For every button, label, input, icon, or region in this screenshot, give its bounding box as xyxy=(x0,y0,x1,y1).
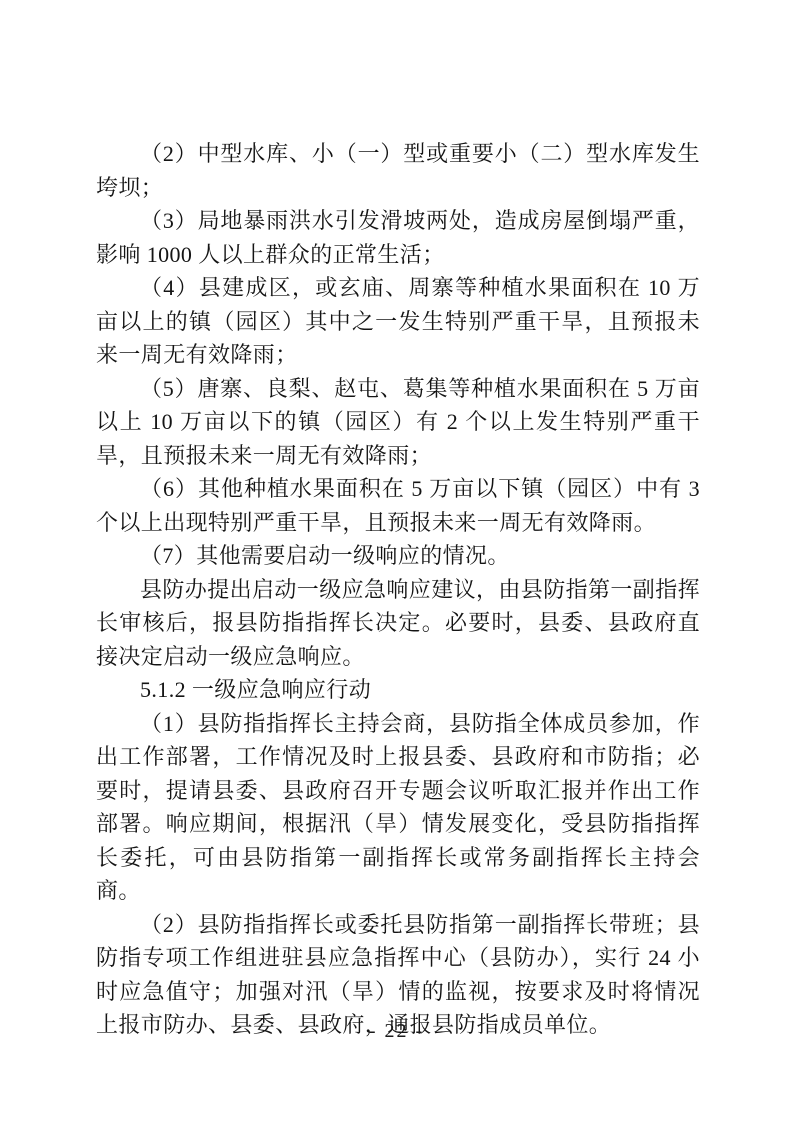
paragraph: （5）唐寨、良梨、赵屯、葛集等种植水果面积在 5 万亩以上 10 万亩以下的镇（… xyxy=(96,372,700,473)
page-footer: - 22 - xyxy=(0,1019,793,1043)
paragraph: 5.1.2 一级应急响应行动 xyxy=(96,673,700,707)
paragraph: 县防办提出启动一级应急响应建议，由县防指第一副指挥长审核后，报县防指指挥长决定。… xyxy=(96,573,700,674)
page-number: - 22 - xyxy=(369,1020,424,1042)
paragraph: （3）局地暴雨洪水引发滑坡两处，造成房屋倒塌严重，影响 1000 人以上群众的正… xyxy=(96,204,700,271)
document-body: （2）中型水库、小（一）型或重要小（二）型水库发生垮坝；（3）局地暴雨洪水引发滑… xyxy=(96,137,700,1042)
paragraph: （2）中型水库、小（一）型或重要小（二）型水库发生垮坝； xyxy=(96,137,700,204)
paragraph: （1）县防指指挥长主持会商，县防指全体成员参加，作出工作部署，工作情况及时上报县… xyxy=(96,707,700,908)
paragraph: （7）其他需要启动一级响应的情况。 xyxy=(96,539,700,573)
paragraph: （6）其他种植水果面积在 5 万亩以下镇（园区）中有 3 个以上出现特别严重干旱… xyxy=(96,472,700,539)
document-page: （2）中型水库、小（一）型或重要小（二）型水库发生垮坝；（3）局地暴雨洪水引发滑… xyxy=(0,0,793,1122)
paragraph: （4）县建成区，或玄庙、周寨等种植水果面积在 10 万亩以上的镇（园区）其中之一… xyxy=(96,271,700,372)
